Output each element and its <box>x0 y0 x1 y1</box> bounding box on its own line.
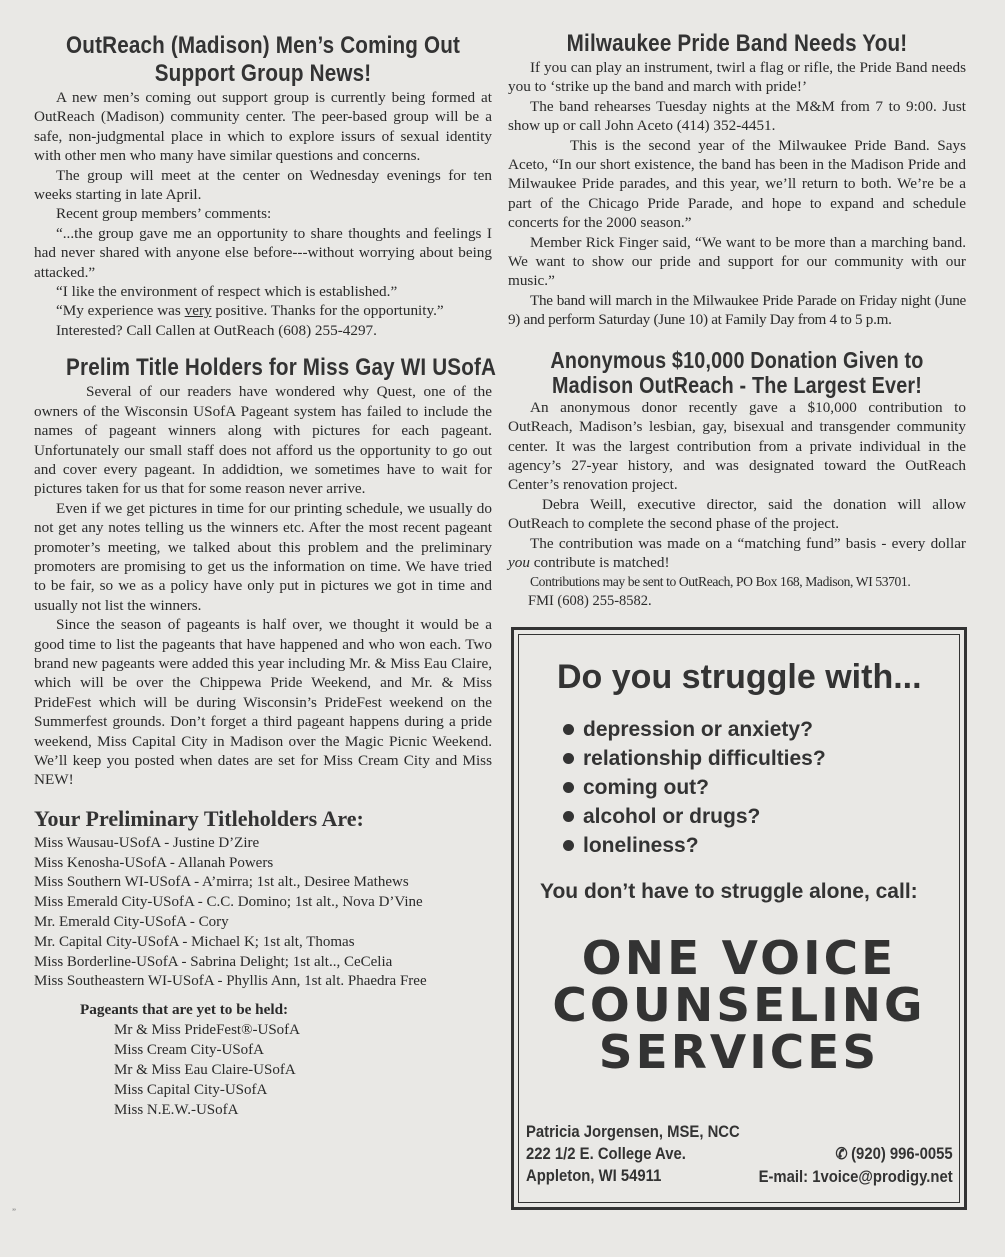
paragraph: The contribution was made on a “matching… <box>508 534 966 573</box>
article-pride-band: Milwaukee Pride Band Needs You! If you c… <box>508 30 966 330</box>
bullet-icon <box>563 782 574 793</box>
titleholders-list: Miss Wausau-USofA - Justine D’Zire Miss … <box>34 834 492 992</box>
email-address[interactable]: E-mail: 1voice@prodigy.net <box>759 1166 953 1188</box>
pending-pageants-list: Mr & Miss PrideFest®-USofA Miss Cream Ci… <box>114 1020 492 1120</box>
fmi-phone: FMI (608) 255-8582. <box>508 592 966 611</box>
list-item: Miss Borderline-USofA - Sabrina Delight;… <box>34 953 492 973</box>
ad-contact-block: ✆(920) 996-0055 E-mail: 1voice@prodigy.n… <box>759 1143 953 1188</box>
ad-inner-frame: Do you struggle with... depression or an… <box>518 634 960 1203</box>
bullet-icon <box>563 840 574 851</box>
paragraph: Debra Weill, executive director, said th… <box>508 495 966 534</box>
article-headline: Prelim Title Holders for Miss Gay WI USo… <box>66 354 460 382</box>
paragraph: A new men’s coming out support group is … <box>34 88 492 166</box>
list-item: Miss Kenosha-USofA - Allanah Powers <box>34 854 492 874</box>
paragraph: This is the second year of the Milwaukee… <box>508 136 966 233</box>
paragraph: The band will march in the Milwaukee Pri… <box>508 291 966 330</box>
city-address: Appleton, WI 54911 <box>526 1165 740 1187</box>
list-item: Miss Southeastern WI-USofA - Phyllis Ann… <box>34 972 492 992</box>
paragraph: The band rehearses Tuesday nights at the… <box>508 97 966 136</box>
paragraph: If you can play an instrument, twirl a f… <box>508 58 966 97</box>
bullet-icon <box>563 724 574 735</box>
mailing-address: Contributions may be sent to OutReach, P… <box>508 572 966 591</box>
list-item: Miss Emerald City-USofA - C.C. Domino; 1… <box>34 893 492 913</box>
article-prelim-title-holders: Prelim Title Holders for Miss Gay WI USo… <box>34 354 492 1120</box>
phone-icon: ✆ <box>836 1144 848 1166</box>
paragraph: An anonymous donor recently gave a $10,0… <box>508 398 966 495</box>
article-headline: Anonymous $10,000 Donation Given to Madi… <box>540 348 934 398</box>
titleholders-heading: Your Preliminary Titleholders Are: <box>34 806 492 832</box>
ad-question: Do you struggle with... <box>557 657 922 697</box>
paragraph: Recent group members’ comments: <box>34 204 492 223</box>
paragraph: Several of our readers have wondered why… <box>34 382 492 498</box>
paragraph: Even if we get pictures in time for our … <box>34 499 492 615</box>
list-item: Miss Capital City-USofA <box>114 1080 492 1100</box>
list-item: Miss Cream City-USofA <box>114 1040 492 1060</box>
ad-business-name: ONE VOICE COUNSELING SERVICES <box>519 935 959 1076</box>
right-column: Milwaukee Pride Band Needs You! If you c… <box>508 0 966 611</box>
list-item: coming out? <box>563 773 826 802</box>
list-item: alcohol or drugs? <box>563 802 826 831</box>
article-donation: Anonymous $10,000 Donation Given to Madi… <box>508 348 966 611</box>
list-item: Mr. Capital City-USofA - Michael K; 1st … <box>34 933 492 953</box>
paragraph: The group will meet at the center on Wed… <box>34 166 492 205</box>
counselor-name: Patricia Jorgensen, MSE, NCC <box>526 1121 740 1143</box>
article-headline: OutReach (Madison) Men’s Coming Out Supp… <box>66 32 460 88</box>
list-item: relationship difficulties? <box>563 744 826 773</box>
contact-line: Interested? Call Callen at OutReach (608… <box>34 321 492 340</box>
bullet-icon <box>563 811 574 822</box>
list-item: loneliness? <box>563 831 826 860</box>
paragraph: Member Rick Finger said, “We want to be … <box>508 233 966 291</box>
street-address: 222 1/2 E. College Ave. <box>526 1143 740 1165</box>
ad-address-block: Patricia Jorgensen, MSE, NCC 222 1/2 E. … <box>526 1121 740 1187</box>
paragraph: Since the season of pageants is half ove… <box>34 615 492 790</box>
list-item: Miss Wausau-USofA - Justine D’Zire <box>34 834 492 854</box>
list-item: Mr. Emerald City-USofA - Cory <box>34 913 492 933</box>
list-item: depression or anxiety? <box>563 715 826 744</box>
list-item: Mr & Miss Eau Claire-USofA <box>114 1060 492 1080</box>
counseling-advertisement: Do you struggle with... depression or an… <box>511 627 967 1210</box>
ad-call-to-action: You don’t have to struggle alone, call: <box>540 880 918 904</box>
quote: “My experience was very positive. Thanks… <box>34 301 492 320</box>
ad-bullet-list: depression or anxiety? relationship diff… <box>563 715 826 860</box>
list-item: Miss Southern WI-USofA - A’mirra; 1st al… <box>34 873 492 893</box>
article-headline: Milwaukee Pride Band Needs You! <box>540 30 934 58</box>
bullet-icon <box>563 753 574 764</box>
quote: “I like the environment of respect which… <box>34 282 492 301</box>
list-item: Mr & Miss PrideFest®-USofA <box>114 1020 492 1040</box>
quote: “...the group gave me an opportunity to … <box>34 224 492 282</box>
phone-number: ✆(920) 996-0055 <box>759 1143 953 1166</box>
list-item: Miss N.E.W.-USofA <box>114 1100 492 1120</box>
page-mark: ” <box>12 1207 16 1217</box>
pending-pageants-heading: Pageants that are yet to be held: <box>80 1000 492 1020</box>
left-column: OutReach (Madison) Men’s Coming Out Supp… <box>34 0 492 1120</box>
article-mens-support-group: OutReach (Madison) Men’s Coming Out Supp… <box>34 32 492 340</box>
